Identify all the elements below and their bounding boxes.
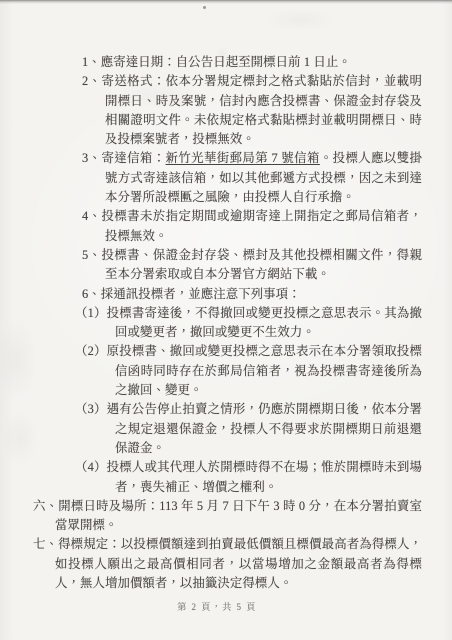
list-item: 六、開標日時及場所：113 年 5 月 7 日下午 3 時 0 分，在本分署拍賣… (0, 497, 422, 536)
text-segment: 投標書未於指定期間或逾期寄達上開指定之郵局信箱者，投標無效。 (101, 209, 422, 242)
text-segment: 應寄達日期：自公告日起至開標日前 1 日止。 (101, 55, 351, 69)
item-label: 6、 (82, 287, 101, 301)
item-label: 2、 (82, 74, 101, 88)
item-text: 寄達信箱：新竹光華街郵局第 7 號信箱。投標人應以雙掛號方式寄達該信箱，如以其他… (101, 151, 422, 204)
item-text: 投標書、保證金封存袋、標封及其他投標相關文件，得親至本分署索取或自本分署官方網站… (101, 248, 422, 281)
list-item: 2、寄送格式：依本分署規定標封之格式黏貼於信封，並載明開標日、時及案號，信封內應… (0, 72, 422, 149)
text-segment: 得標規定：以投標價額達到拍賣最低價額且標價最高者為得標人，如投標人願出之最高價相… (55, 537, 422, 590)
item-label: （2） (75, 344, 107, 358)
item-text: 投標人或其代理人於開標時得不在場；惟於開標時未到場者，喪失補正、增價之權利。 (107, 460, 422, 493)
item-text: 投標書未於指定期間或逾期寄達上開指定之郵局信箱者，投標無效。 (101, 209, 422, 242)
item-label: （3） (75, 402, 107, 416)
page-footer: 第 2 頁，共 5 頁 (0, 601, 443, 614)
item-text: 開標日時及場所：113 年 5 月 7 日下午 3 時 0 分，在本分署拍賣室當… (55, 499, 422, 532)
text-segment: 寄送格式：依本分署規定標封之格式黏貼於信封，並載明開標日、時及案號，信封內應含投… (101, 74, 422, 146)
document-body: 1、應寄達日期：自公告日起至開標日前 1 日止。2、寄送格式：依本分署規定標封之… (0, 53, 452, 593)
item-label: 六、 (33, 499, 58, 513)
item-text: 得標規定：以投標價額達到拍賣最低價額且標價最高者為得標人，如投標人願出之最高價相… (55, 537, 422, 590)
text-segment: 投標人或其代理人於開標時得不在場；惟於開標時未到場者，喪失補正、增價之權利。 (107, 460, 422, 493)
item-label: 4、 (82, 209, 101, 223)
item-text: 遇有公告停止拍賣之情形，仍應於開標期日後，依本分署之規定退還保證金，投標人不得要… (107, 402, 422, 455)
scan-edge-artifact (0, 0, 452, 4)
list-item: （3）遇有公告停止拍賣之情形，仍應於開標期日後，依本分署之規定退還保證金，投標人… (0, 400, 422, 458)
list-item: （1）投標書寄達後，不得撤回或變更投標之意思表示。其為撤回或變更者，撤回或變更不… (0, 304, 422, 343)
item-label: 3、 (82, 151, 101, 165)
item-text: 原投標書、撤回或變更投標之意思表示在本分署領取投標信函時同時存在於郵局信箱者，視… (107, 344, 422, 397)
item-label: 七、 (33, 537, 58, 551)
item-text: 採通訊投標者，並應注意下列事項： (101, 287, 301, 301)
underlined-text: 新竹光華街郵局第 7 號信箱 (166, 151, 320, 165)
list-item: 七、得標規定：以投標價額達到拍賣最低價額且標價最高者為得標人，如投標人願出之最高… (0, 535, 422, 593)
list-item: 1、應寄達日期：自公告日起至開標日前 1 日止。 (0, 53, 422, 72)
item-label: （4） (75, 460, 107, 474)
list-item: 5、投標書、保證金封存袋、標封及其他投標相關文件，得親至本分署索取或自本分署官方… (0, 246, 422, 285)
item-text: 寄送格式：依本分署規定標封之格式黏貼於信封，並載明開標日、時及案號，信封內應含投… (101, 74, 422, 146)
text-segment: 投標書、保證金封存袋、標封及其他投標相關文件，得親至本分署索取或自本分署官方網站… (101, 248, 422, 281)
list-item: （4）投標人或其代理人於開標時得不在場；惟於開標時未到場者，喪失補正、增價之權利… (0, 458, 422, 497)
scanned-document-page: { "page": { "footer": "第 2 頁，共 5 頁" }, "… (0, 0, 452, 640)
text-segment: 開標日時及場所：113 年 5 月 7 日下午 3 時 0 分，在本分署拍賣室當… (55, 499, 422, 532)
item-label: 5、 (82, 248, 101, 262)
text-segment: 遇有公告停止拍賣之情形，仍應於開標期日後，依本分署之規定退還保證金，投標人不得要… (107, 402, 422, 455)
item-label: 1、 (82, 55, 101, 69)
text-segment: 採通訊投標者，並應注意下列事項： (101, 287, 301, 301)
list-item: 3、寄達信箱：新竹光華街郵局第 7 號信箱。投標人應以雙掛號方式寄達該信箱，如以… (0, 149, 422, 207)
text-segment: 投標書寄達後，不得撤回或變更投標之意思表示。其為撤回或變更者，撤回或變更不生效力… (107, 306, 422, 339)
item-text: 應寄達日期：自公告日起至開標日前 1 日止。 (101, 55, 351, 69)
list-item: （2）原投標書、撤回或變更投標之意思表示在本分署領取投標信函時同時存在於郵局信箱… (0, 342, 422, 400)
item-label: （1） (75, 306, 107, 320)
list-item: 4、投標書未於指定期間或逾期寄達上開指定之郵局信箱者，投標無效。 (0, 207, 422, 246)
scan-speck-artifact (203, 6, 206, 9)
text-segment: 寄達信箱： (101, 151, 165, 165)
list-item: 6、採通訊投標者，並應注意下列事項： (0, 285, 422, 304)
text-segment: 原投標書、撤回或變更投標之意思表示在本分署領取投標信函時同時存在於郵局信箱者，視… (107, 344, 422, 397)
item-text: 投標書寄達後，不得撤回或變更投標之意思表示。其為撤回或變更者，撤回或變更不生效力… (107, 306, 422, 339)
